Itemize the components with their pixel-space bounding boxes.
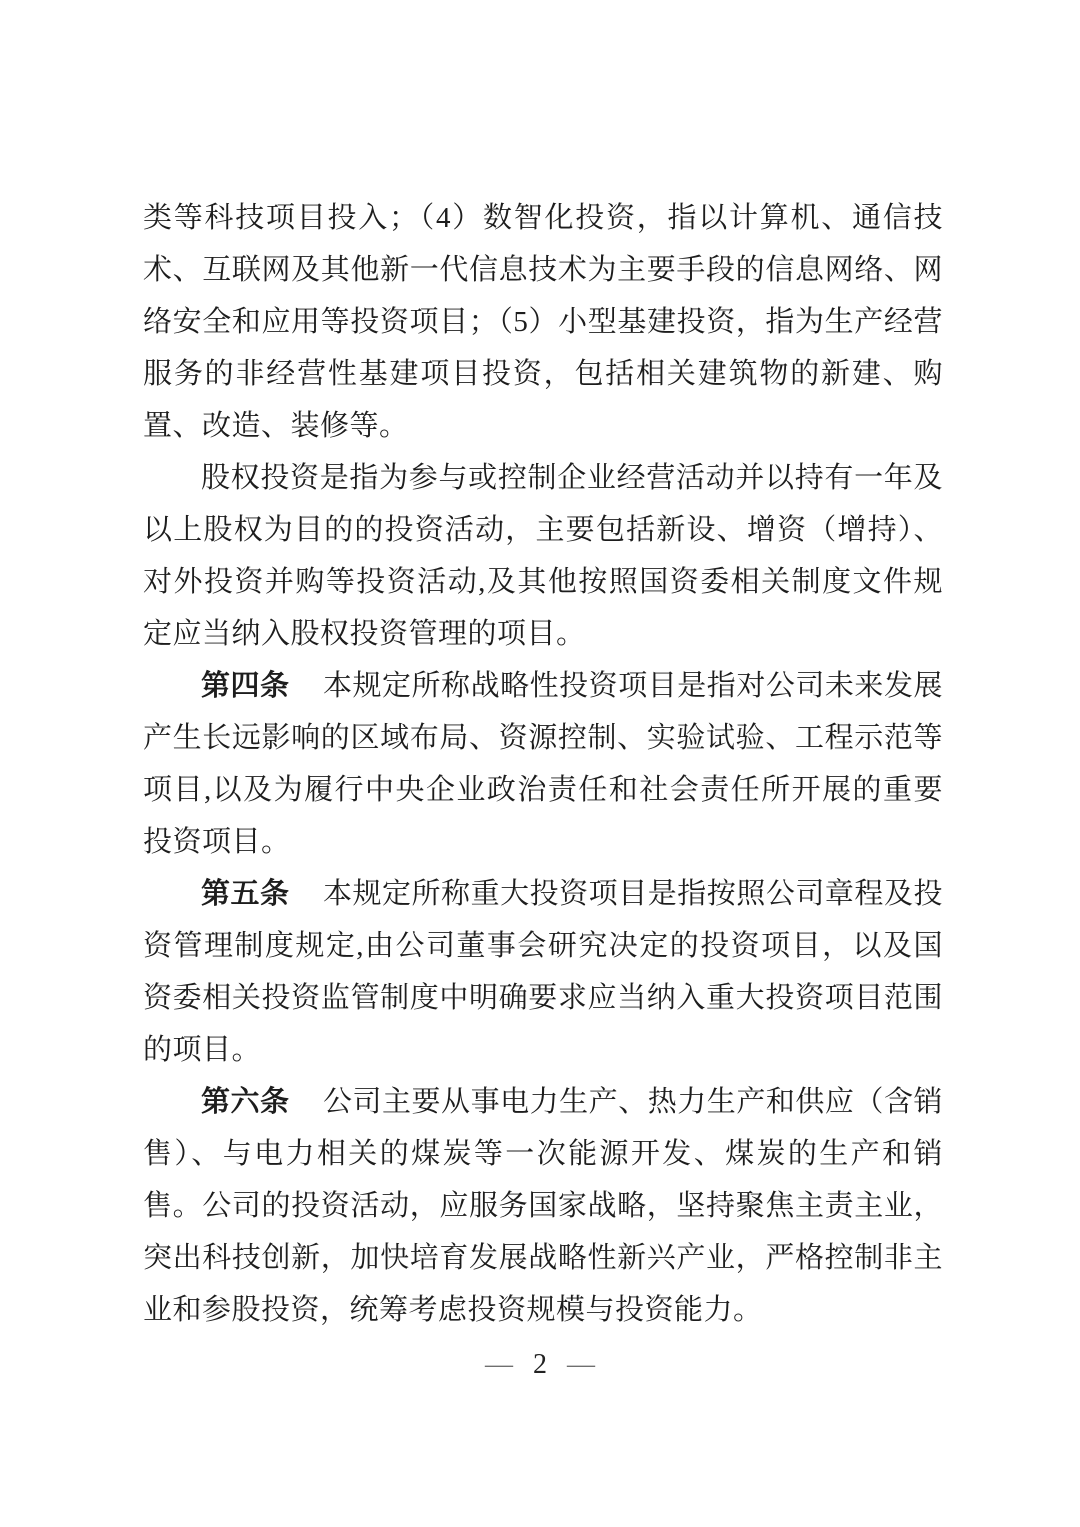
paragraph-article-6: 第六条公司主要从事电力生产、热力生产和供应（含销售）、与电力相关的煤炭等一次能源…	[143, 1076, 943, 1336]
paragraph-text: 公司主要从事电力生产、热力生产和供应（含销售）、与电力相关的煤炭等一次能源开发、…	[143, 1086, 943, 1326]
document-body: 类等科技项目投入；（4）数智化投资，指以计算机、通信技术、互联网及其他新一代信息…	[143, 192, 943, 1336]
article-6-heading: 第六条	[201, 1086, 290, 1118]
paragraph-article-5: 第五条本规定所称重大投资项目是指按照公司章程及投资管理制度规定,由公司董事会研究…	[143, 868, 943, 1076]
page-number-left-dash: —	[485, 1349, 513, 1380]
page-number-value: 2	[533, 1349, 547, 1381]
page-number-right-dash: —	[567, 1349, 595, 1380]
page-number: —2—	[0, 1349, 1080, 1381]
paragraph-equity-investment: 股权投资是指为参与或控制企业经营活动并以持有一年及以上股权为目的的投资活动，主要…	[143, 452, 943, 660]
article-4-heading: 第四条	[201, 670, 290, 702]
document-page: 类等科技项目投入；（4）数智化投资，指以计算机、通信技术、互联网及其他新一代信息…	[0, 0, 1080, 1527]
article-5-heading: 第五条	[201, 878, 290, 910]
paragraph-continuation: 类等科技项目投入；（4）数智化投资，指以计算机、通信技术、互联网及其他新一代信息…	[143, 192, 943, 452]
paragraph-article-4: 第四条本规定所称战略性投资项目是指对公司未来发展产生长远影响的区域布局、资源控制…	[143, 660, 943, 868]
paragraph-text: 股权投资是指为参与或控制企业经营活动并以持有一年及以上股权为目的的投资活动，主要…	[143, 462, 943, 650]
paragraph-text: 类等科技项目投入；（4）数智化投资，指以计算机、通信技术、互联网及其他新一代信息…	[143, 202, 943, 442]
